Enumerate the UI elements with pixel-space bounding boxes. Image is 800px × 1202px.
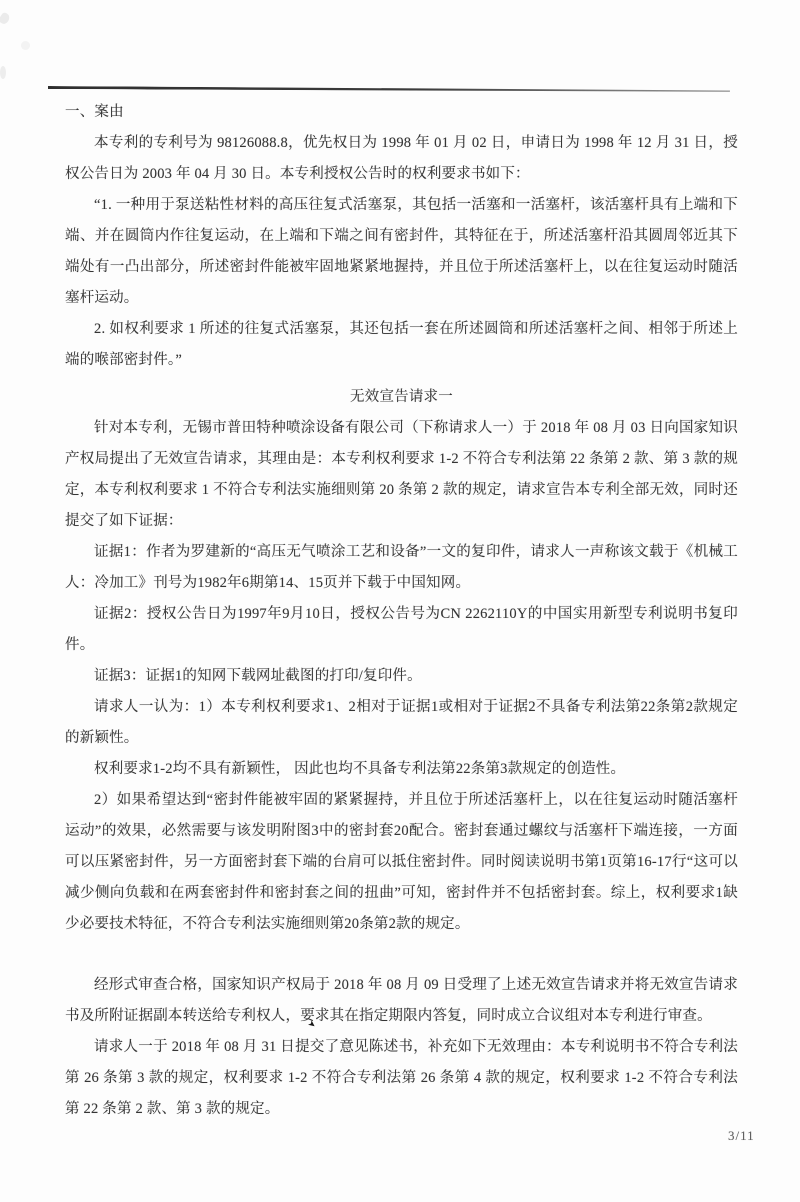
paragraph-claim-1: “1. 一种用于泵送粘性材料的高压往复式活塞泵，其包括一活塞和一活塞杆，该活塞杆…: [65, 190, 738, 314]
paragraph-patent-info: 本专利的专利号为 98126088.8，优先权日为 1998 年 01 月 02…: [65, 128, 738, 190]
header-divider-line: [48, 86, 730, 93]
paragraph-evidence-2: 证据2：授权公告日为1997年9月10日，授权公告号为CN 2262110Y的中…: [65, 599, 738, 661]
scan-smudge-artifact: [0, 11, 11, 25]
paragraph-supplement: 请求人一于 2018 年 08 月 31 日提交了意见陈述书，补充如下无效理由：…: [65, 1032, 738, 1125]
paragraph-opinion-3: 2）如果希望达到“密封件能被牢固的紧紧握持，并且位于所述活塞杆上，以在往复运动时…: [65, 785, 738, 940]
document-body: 一、案由 本专利的专利号为 98126088.8，优先权日为 1998 年 01…: [65, 97, 738, 1125]
scan-smudge-artifact: [21, 41, 30, 50]
page-number: 3/11: [728, 1128, 755, 1144]
scan-smudge-artifact: [0, 66, 6, 79]
paragraph-request: 针对本专利，无锡市普田特种喷涂设备有限公司（下称请求人一）于 2018 年 08…: [65, 413, 738, 537]
paragraph-evidence-3: 证据3：证据1的知网下载网址截图的打印/复印件。: [65, 661, 738, 692]
paragraph-opinion-2: 权利要求1-2均不具有新颖性， 因此也均不具备专利法第22条第3款规定的创造性。: [65, 754, 738, 785]
paragraph-evidence-1: 证据1：作者为罗建新的“高压无气喷涂工艺和设备”一文的复印件，请求人一声称该文载…: [65, 537, 738, 599]
subsection-heading: 无效宣告请求一: [65, 382, 738, 413]
paragraph-acceptance: 经形式审查合格，国家知识产权局于 2018 年 08 月 09 日受理了上述无效…: [65, 970, 738, 1032]
paragraph-opinion-1: 请求人一认为：1）本专利权利要求1、2相对于证据1或相对于证据2不具备专利法第2…: [65, 692, 738, 754]
scanned-document-page: 一、案由 本专利的专利号为 98126088.8，优先权日为 1998 年 01…: [0, 0, 800, 1202]
section-heading: 一、案由: [65, 97, 738, 128]
paragraph-claim-2: 2. 如权利要求 1 所述的往复式活塞泵，其还包括一套在所述圆筒和所述活塞杆之间…: [65, 314, 738, 376]
